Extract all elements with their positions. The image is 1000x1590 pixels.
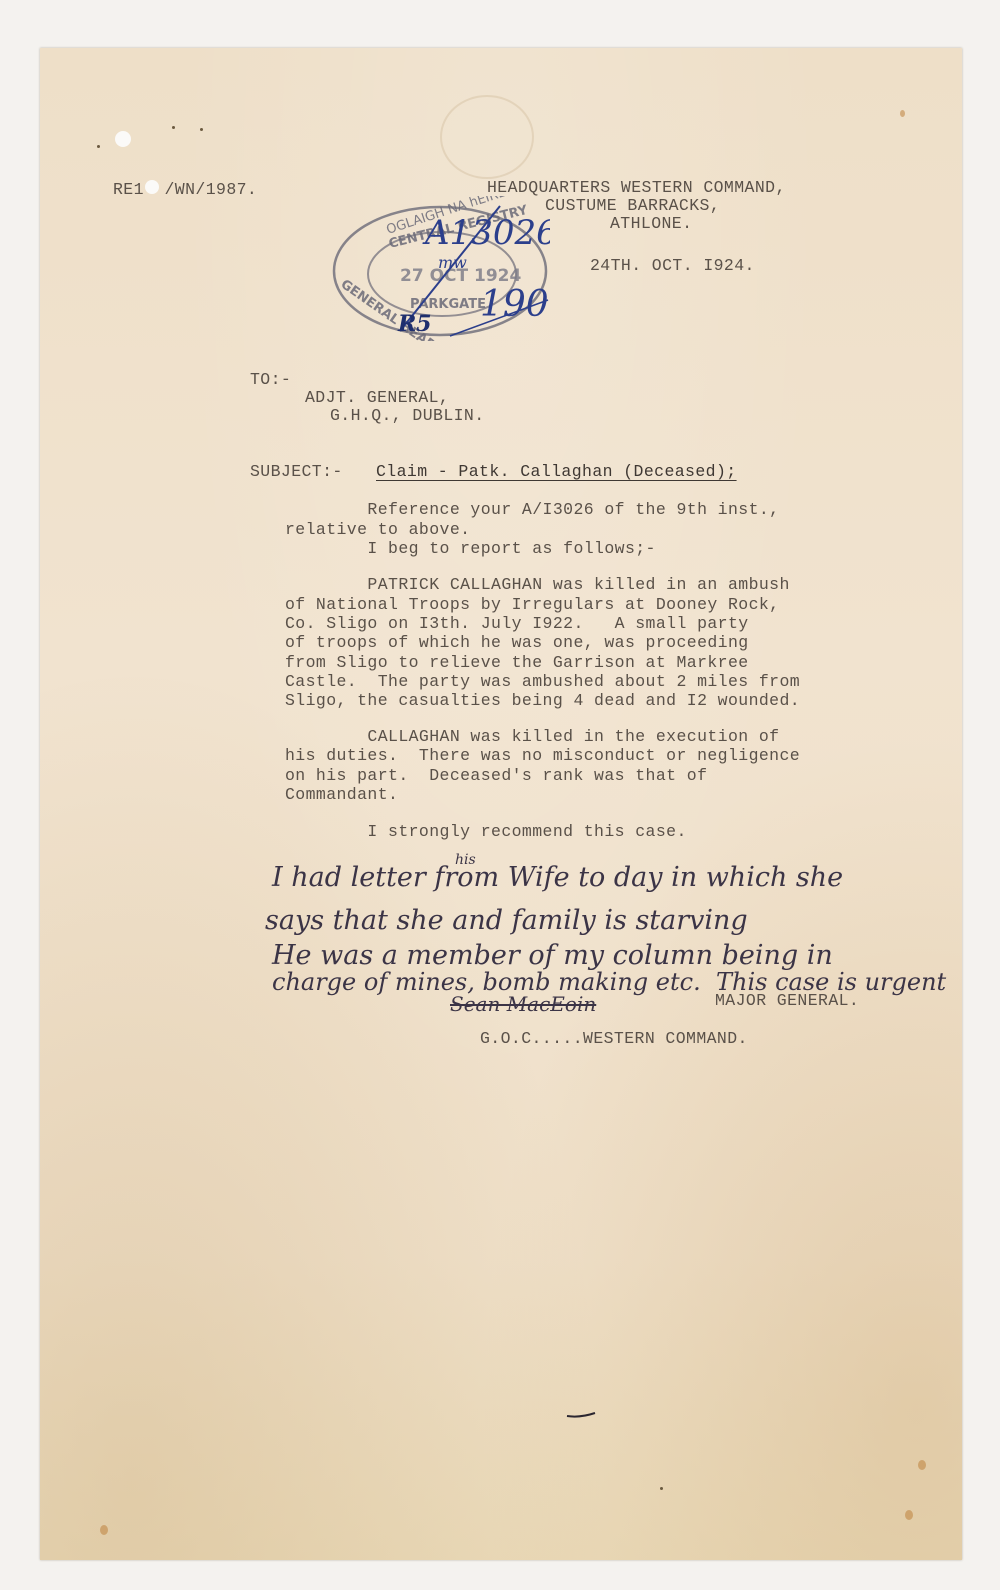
- stamp-graphic: OGLAIGH NA hEIREANN CENTRAL REGISTRY 27 …: [330, 196, 550, 341]
- body-line: of troops of which he was one, was proce…: [285, 633, 749, 653]
- rust-spot: [100, 1525, 108, 1535]
- body-line: Sligo, the casualties being 4 dead and I…: [285, 691, 800, 711]
- body-line: I strongly recommend this case.: [285, 822, 687, 842]
- body-line: CALLAGHAN was killed in the execution of: [285, 727, 779, 747]
- body-line: on his part. Deceased's rank was that of: [285, 766, 707, 786]
- svg-text:mw: mw: [438, 253, 467, 272]
- speck: [200, 128, 203, 131]
- subject-label: SUBJECT:-: [250, 462, 343, 482]
- body-line: his duties. There was no misconduct or n…: [285, 746, 800, 766]
- svg-text:A13026: A13026: [422, 213, 550, 253]
- body-line: relative to above.: [285, 520, 470, 540]
- addressee-line-1: ADJT. GENERAL,: [305, 388, 449, 408]
- body-line: Castle. The party was ambushed about 2 m…: [285, 672, 800, 692]
- handwritten-line-1: I had letter from Wife to day in which s…: [272, 862, 843, 893]
- rust-spot: [918, 1460, 926, 1470]
- to-label: TO:-: [250, 370, 291, 390]
- speck: [660, 1487, 663, 1490]
- rust-spot: [905, 1510, 913, 1520]
- signature-rank: MAJOR GENERAL.: [715, 991, 859, 1011]
- body-line: I beg to report as follows;-: [285, 539, 656, 559]
- handwritten-line-2: says that she and family is starving: [265, 905, 748, 936]
- body-line: from Sligo to relieve the Garrison at Ma…: [285, 653, 749, 673]
- body-line: PATRICK CALLAGHAN was killed in an ambus…: [285, 575, 790, 595]
- reference-number: RE1 /WN/1987.: [113, 180, 257, 200]
- header-line-1: HEADQUARTERS WESTERN COMMAND,: [487, 178, 786, 198]
- body-line: Commandant.: [285, 785, 398, 805]
- header-date: 24TH. OCT. I924.: [590, 256, 755, 276]
- svg-text:R5: R5: [397, 311, 432, 337]
- handwritten-line-3: He was a member of my column being in: [272, 940, 833, 971]
- header-line-2: CUSTUME BARRACKS,: [545, 196, 720, 216]
- body-line: Co. Sligo on I3th. July I922. A small pa…: [285, 614, 749, 634]
- embossed-seal: [440, 95, 534, 179]
- svg-text:190: 190: [480, 284, 549, 325]
- addressee-line-2: G.H.Q., DUBLIN.: [330, 406, 485, 426]
- body-line: of National Troops by Irregulars at Doon…: [285, 595, 779, 615]
- pen-mark: [565, 1408, 605, 1420]
- speck: [172, 126, 175, 129]
- rust-spot: [900, 110, 905, 117]
- registry-stamp: OGLAIGH NA hEIREANN CENTRAL REGISTRY 27 …: [330, 196, 550, 341]
- punch-hole: [115, 131, 131, 147]
- subject-text: Claim - Patk. Callaghan (Deceased);: [376, 462, 737, 482]
- header-line-3: ATHLONE.: [610, 214, 692, 234]
- body-line: Reference your A/I3026 of the 9th inst.,: [285, 500, 779, 520]
- speck: [97, 145, 100, 148]
- signature-title: G.O.C.....WESTERN COMMAND.: [480, 1029, 748, 1049]
- struck-signature: Sean MacEoin: [450, 992, 596, 1016]
